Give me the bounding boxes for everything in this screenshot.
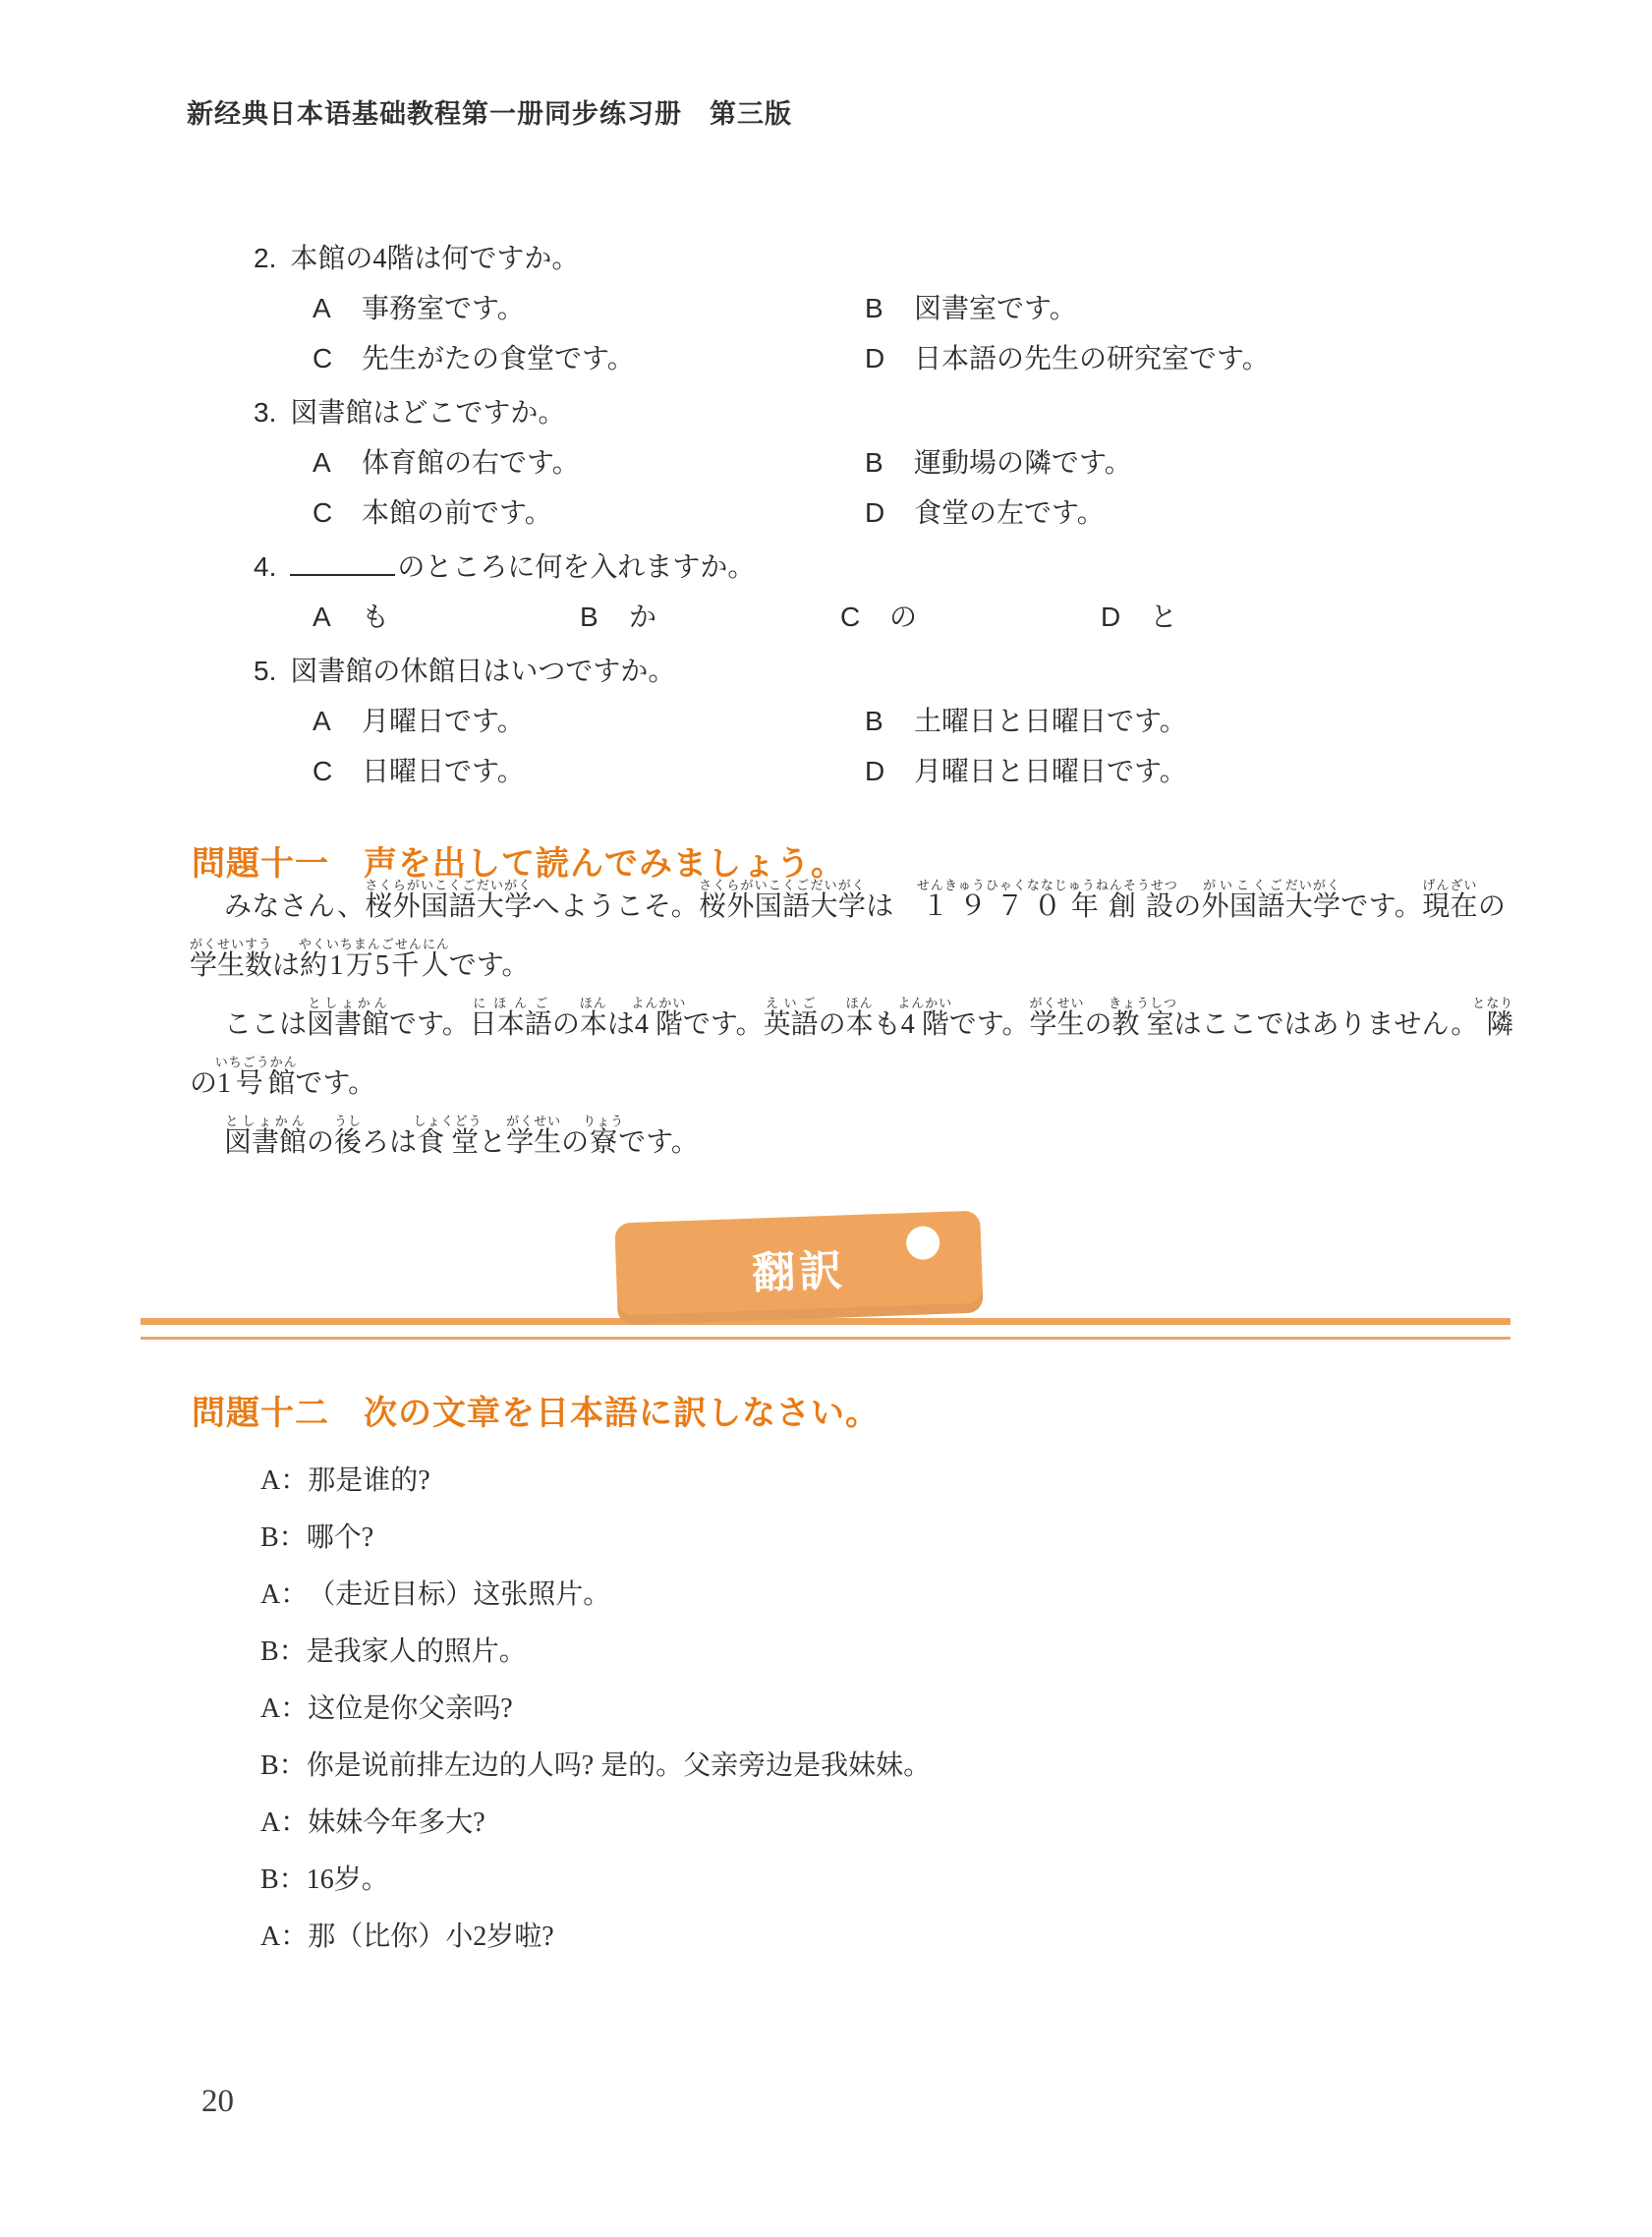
option-label: C: [840, 593, 889, 642]
dialogue-speaker: A：: [260, 1567, 308, 1624]
option-label: A: [313, 697, 362, 746]
dialogue-line: B：哪个?: [260, 1510, 931, 1567]
question-3-option-a: A体育館の右です。: [313, 438, 865, 488]
passage-paragraph-1: みなさん、桜外国語さくらがいこくご大学だいがくへようこそ。桜外国語さくらがいこく…: [190, 878, 1515, 996]
dialogue-text: 哪个?: [307, 1522, 373, 1553]
dialogue-line: B：16岁。: [260, 1852, 931, 1909]
question-2: 2.本館の4階は何ですか。: [254, 234, 1521, 284]
dialogue-text: 是我家人的照片。: [307, 1636, 527, 1667]
dialogue-speaker: B：: [260, 1852, 307, 1909]
dialogue-speaker: A：: [260, 1909, 308, 1966]
question-2-text: 本館の4階は何ですか。: [290, 244, 579, 274]
question-5-option-d: D月曜日と日曜日です。: [865, 747, 1521, 797]
question-4-option-a: Aも: [313, 593, 580, 643]
question-3-text: 図書館はどこですか。: [290, 398, 565, 429]
page-number: 20: [201, 2084, 234, 2120]
passage-paragraph-3: 図書館としょかんの後うしろは食堂しょくどうと学生がくせいの寮りょうです。: [190, 1114, 1515, 1173]
translation-dialogue: A：那是谁的? B：哪个? A：（走近目标）这张照片。 B：是我家人的照片。 A…: [260, 1453, 931, 1966]
option-text: 図書室です。: [914, 294, 1077, 324]
option-text: 先生がたの食堂です。: [362, 344, 635, 374]
question-3-option-d: D食堂の左です。: [865, 488, 1521, 539]
option-label: C: [313, 334, 362, 383]
dialogue-speaker: A：: [260, 1681, 308, 1738]
passage-paragraph-2: ここは図書館としょかんです。日本語にほんごの本ほんは4階よんかいです。英語えいご…: [190, 996, 1515, 1114]
question-3: 3.図書館はどこですか。: [254, 388, 1521, 438]
question-3-option-b: B運動場の隣です。: [865, 438, 1521, 488]
dialogue-speaker: B：: [260, 1510, 307, 1567]
option-text: 事務室です。: [362, 294, 525, 324]
question-5: 5.図書館の休館日はいつですか。: [254, 647, 1521, 697]
option-text: 日本語の先生の研究室です。: [914, 344, 1270, 374]
option-label: D: [1101, 593, 1150, 642]
option-text: も: [362, 602, 389, 633]
question-5-number: 5.: [254, 647, 276, 696]
option-label: B: [865, 284, 914, 333]
book-title: 新经典日本语基础教程第一册同步练习册 第三版: [187, 92, 792, 131]
question-3-number: 3.: [254, 388, 276, 437]
option-text: と: [1150, 602, 1177, 633]
question-4-text: のところに何を入れますか。: [397, 552, 755, 583]
question-3-options: A体育館の右です。 B運動場の隣です。 C本館の前です。 D食堂の左です。: [313, 438, 1521, 539]
option-label: A: [313, 284, 362, 333]
dialogue-text: 这位是你父亲吗?: [308, 1693, 512, 1724]
dialogue-text: 16岁。: [307, 1864, 389, 1895]
dialogue-speaker: B：: [260, 1738, 307, 1795]
question-3-option-c: C本館の前です。: [313, 488, 865, 539]
dialogue-line: A：那（比你）小2岁啦?: [260, 1909, 931, 1966]
dialogue-text: 那（比你）小2岁啦?: [308, 1922, 553, 1952]
option-text: 体育館の右です。: [362, 448, 580, 479]
reading-passage: みなさん、桜外国語さくらがいこくご大学だいがくへようこそ。桜外国語さくらがいこく…: [190, 878, 1515, 1173]
option-label: C: [313, 488, 362, 538]
section-12-title: 問題十二 次の文章を日本語に訳しなさい。: [192, 1386, 880, 1434]
question-2-option-a: A事務室です。: [313, 284, 865, 334]
multiple-choice-section: 2.本館の4階は何ですか。 A事務室です。 B図書室です。 C先生がたの食堂です…: [254, 234, 1521, 797]
question-4-option-d: Dと: [1101, 593, 1521, 643]
option-text: か: [629, 602, 656, 633]
question-5-option-a: A月曜日です。: [313, 697, 865, 747]
option-label: C: [313, 747, 362, 796]
translation-tab-area: 翻訳: [0, 1209, 1652, 1356]
question-5-option-c: C日曜日です。: [313, 747, 865, 797]
question-4: 4.のところに何を入れますか。: [254, 543, 1521, 593]
dialogue-speaker: B：: [260, 1624, 307, 1681]
option-label: D: [865, 334, 914, 383]
answer-blank: [290, 572, 395, 576]
option-label: D: [865, 488, 914, 538]
dialogue-line: A：这位是你父亲吗?: [260, 1681, 931, 1738]
question-2-options: A事務室です。 B図書室です。 C先生がたの食堂です。 D日本語の先生の研究室で…: [313, 284, 1521, 384]
option-text: 土曜日と日曜日です。: [914, 707, 1187, 737]
question-2-number: 2.: [254, 234, 276, 283]
option-label: A: [313, 438, 362, 488]
question-4-options: Aも Bか Cの Dと: [313, 593, 1521, 643]
option-text: 月曜日です。: [362, 707, 525, 737]
dialogue-line: B：你是说前排左边的人吗? 是的。父亲旁边是我妹妹。: [260, 1738, 931, 1795]
question-4-number: 4.: [254, 543, 276, 592]
question-4-option-c: Cの: [840, 593, 1101, 643]
option-text: 本館の前です。: [362, 498, 552, 529]
question-2-option-c: C先生がたの食堂です。: [313, 334, 865, 384]
option-label: B: [865, 438, 914, 488]
question-2-option-b: B図書室です。: [865, 284, 1521, 334]
option-label: B: [580, 593, 629, 642]
dialogue-speaker: A：: [260, 1795, 308, 1852]
dialogue-line: B：是我家人的照片。: [260, 1624, 931, 1681]
dialogue-text: （走近目标）这张照片。: [308, 1579, 610, 1610]
translation-tab: 翻訳: [614, 1211, 983, 1326]
dialogue-text: 妹妹今年多大?: [308, 1807, 484, 1838]
option-label: A: [313, 593, 362, 642]
option-text: 運動場の隣です。: [914, 448, 1132, 479]
question-5-text: 図書館の休館日はいつですか。: [290, 657, 675, 687]
workbook-page: 新经典日本语基础教程第一册同步练习册 第三版 2.本館の4階は何ですか。 A事務…: [0, 0, 1652, 2237]
option-text: 日曜日です。: [362, 757, 525, 787]
dialogue-line: A：妹妹今年多大?: [260, 1795, 931, 1852]
dialogue-text: 那是谁的?: [308, 1465, 429, 1496]
option-label: B: [865, 697, 914, 746]
divider-rule-thin: [141, 1337, 1510, 1340]
dialogue-line: A：（走近目标）这张照片。: [260, 1567, 931, 1624]
question-4-option-b: Bか: [580, 593, 840, 643]
option-text: の: [889, 602, 917, 633]
option-text: 月曜日と日曜日です。: [914, 757, 1187, 787]
question-2-option-d: D日本語の先生の研究室です。: [865, 334, 1521, 384]
dialogue-text: 你是说前排左边的人吗? 是的。父亲旁边是我妹妹。: [307, 1750, 931, 1781]
dialogue-line: A：那是谁的?: [260, 1453, 931, 1510]
option-label: D: [865, 747, 914, 796]
question-5-options: A月曜日です。 B土曜日と日曜日です。 C日曜日です。 D月曜日と日曜日です。: [313, 697, 1521, 797]
question-5-option-b: B土曜日と日曜日です。: [865, 697, 1521, 747]
divider-rule-thick: [141, 1318, 1510, 1325]
option-text: 食堂の左です。: [914, 498, 1105, 529]
dialogue-speaker: A：: [260, 1453, 308, 1510]
